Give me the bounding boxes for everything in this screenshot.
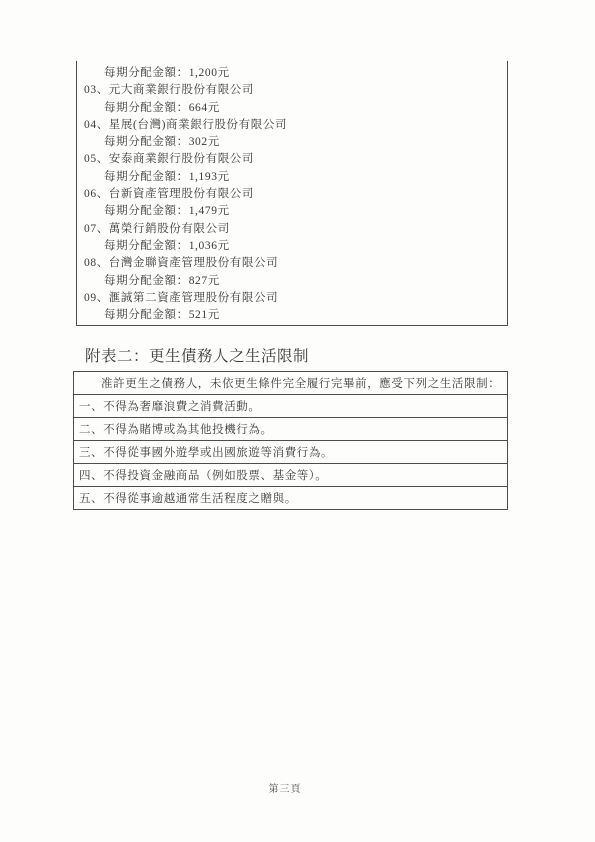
creditor-entry-03: 03、元大商業銀行股份有限公司 (77, 82, 507, 99)
document-page: 每期分配金額：1,200元 03、元大商業銀行股份有限公司 每期分配金額：664… (0, 0, 595, 842)
creditor-entry-04: 04、星展(台灣)商業銀行股份有限公司 (77, 117, 507, 134)
allocation-amount-line: 每期分配金額：664元 (77, 100, 507, 117)
life-restrictions-table: 准許更生之債務人，未依更生條件完全履行完畢前，應受下列之生活限制： 一、不得為奢… (73, 371, 508, 510)
creditor-entry-08: 08、台灣金聯資產管理股份有限公司 (77, 255, 507, 272)
restriction-cell: 四、不得投資金融商品（例如股票、基金等）。 (74, 464, 508, 487)
page-number: 第三頁 (0, 780, 570, 795)
restriction-cell: 五、不得從事逾越通常生活程度之贈與。 (74, 487, 508, 510)
creditor-entry-09: 09、滙誠第二資產管理股份有限公司 (77, 290, 507, 307)
allocation-amount-line: 每期分配金額：521元 (77, 307, 507, 324)
allocation-amount-line: 每期分配金額：1,036元 (77, 238, 507, 255)
restriction-cell: 二、不得為賭博或為其他投機行為。 (74, 418, 508, 441)
allocation-amount-line: 每期分配金額：1,193元 (77, 169, 507, 186)
restriction-row-1: 一、不得為奢靡浪費之消費活動。 (74, 395, 508, 418)
creditor-entry-07: 07、萬榮行銷股份有限公司 (77, 221, 507, 238)
restriction-cell: 一、不得為奢靡浪費之消費活動。 (74, 395, 508, 418)
attachment-two-title: 附表二：更生債務人之生活限制 (85, 344, 309, 366)
restriction-row-2: 二、不得為賭博或為其他投機行為。 (74, 418, 508, 441)
creditor-allocation-box: 每期分配金額：1,200元 03、元大商業銀行股份有限公司 每期分配金額：664… (76, 61, 508, 326)
allocation-amount-line: 每期分配金額：827元 (77, 273, 507, 290)
creditor-entry-05: 05、安泰商業銀行股份有限公司 (77, 151, 507, 168)
allocation-amount-line: 每期分配金額：302元 (77, 134, 507, 151)
restriction-row-5: 五、不得從事逾越通常生活程度之贈與。 (74, 487, 508, 510)
allocation-amount-line: 每期分配金額：1,479元 (77, 203, 507, 220)
restriction-row-3: 三、不得從事國外遊學或出國旅遊等消費行為。 (74, 441, 508, 464)
restriction-row-4: 四、不得投資金融商品（例如股票、基金等）。 (74, 464, 508, 487)
table-header-cell: 准許更生之債務人，未依更生條件完全履行完畢前，應受下列之生活限制： (74, 372, 508, 395)
creditor-entry-06: 06、台新資產管理股份有限公司 (77, 186, 507, 203)
restriction-cell: 三、不得從事國外遊學或出國旅遊等消費行為。 (74, 441, 508, 464)
allocation-amount-line: 每期分配金額：1,200元 (77, 65, 507, 82)
table-header-row: 准許更生之債務人，未依更生條件完全履行完畢前，應受下列之生活限制： (74, 372, 508, 395)
